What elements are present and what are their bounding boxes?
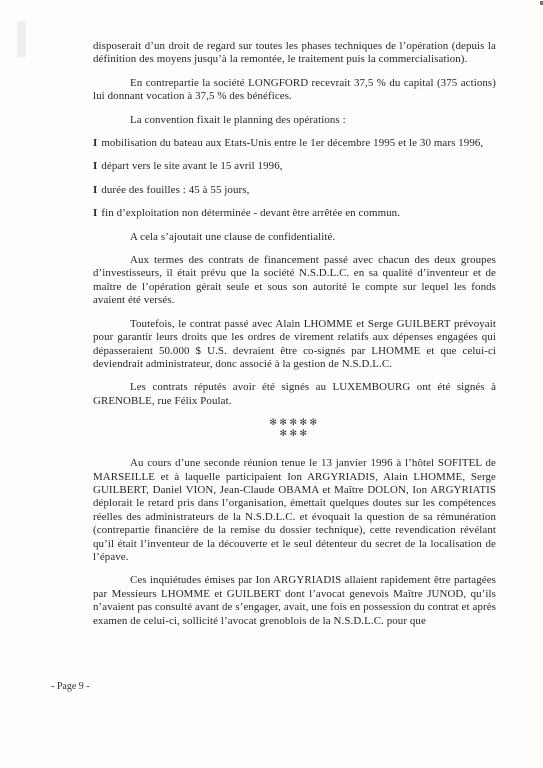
document-body: disposerait d’un droit de regard sur tou… bbox=[93, 40, 496, 638]
paragraph-aux-termes: Aux termes des contrats de financement p… bbox=[93, 254, 496, 308]
bullet-text: fin d’exploitation non déterminée - deva… bbox=[101, 207, 400, 219]
bullet-marker-icon: I bbox=[93, 184, 97, 196]
bullet-text: départ vers le site avant le 15 avril 19… bbox=[101, 160, 282, 172]
scan-smudge-artifact bbox=[17, 21, 26, 57]
paragraph-contrats-signes: Les contrats réputés avoir été signés au… bbox=[93, 381, 496, 408]
bullet-item-mobilisation: Imobilisation du bateau aux Etats-Unis e… bbox=[93, 137, 496, 150]
scanned-document-page: disposerait d’un droit de regard sur tou… bbox=[0, 0, 543, 768]
paragraph-clause-confidentialite: A cela s’ajoutait une clause de confiden… bbox=[93, 231, 496, 244]
paragraph-toutefois: Toutefois, le contrat passé avec Alain L… bbox=[93, 318, 496, 372]
paragraph-inquietudes: Ces inquiétudes émises par Ion ARGYRIADI… bbox=[93, 574, 496, 628]
bullet-text: durée des fouilles : 45 à 55 jours, bbox=[101, 184, 249, 196]
paragraph-contrepartie: En contrepartie la société LONGFORD rece… bbox=[93, 77, 496, 104]
paragraph-seconde-reunion: Au cours d’une seconde réunion tenue le … bbox=[93, 457, 496, 564]
bullet-marker-icon: I bbox=[93, 137, 97, 149]
paragraph-continuation: disposerait d’un droit de regard sur tou… bbox=[93, 40, 496, 67]
bullet-marker-icon: I bbox=[93, 160, 97, 172]
stars-row-top: ✻✻✻✻✻ bbox=[93, 418, 496, 429]
bullet-item-depart: Idépart vers le site avant le 15 avril 1… bbox=[93, 160, 496, 173]
paragraph-convention-planning: La convention fixait le planning des opé… bbox=[93, 114, 496, 127]
bullet-marker-icon: I bbox=[93, 207, 97, 219]
stars-separator: ✻✻✻✻✻ ✻✻✻ bbox=[93, 418, 496, 440]
stars-row-bottom: ✻✻✻ bbox=[93, 429, 496, 440]
bullet-text: mobilisation du bateau aux Etats-Unis en… bbox=[101, 137, 483, 149]
bullet-item-fin-exploitation: Ifin d’exploitation non déterminée - dev… bbox=[93, 207, 496, 220]
bullet-item-duree: Idurée des fouilles : 45 à 55 jours, bbox=[93, 184, 496, 197]
page-number-footer: - Page 9 - bbox=[51, 681, 90, 692]
